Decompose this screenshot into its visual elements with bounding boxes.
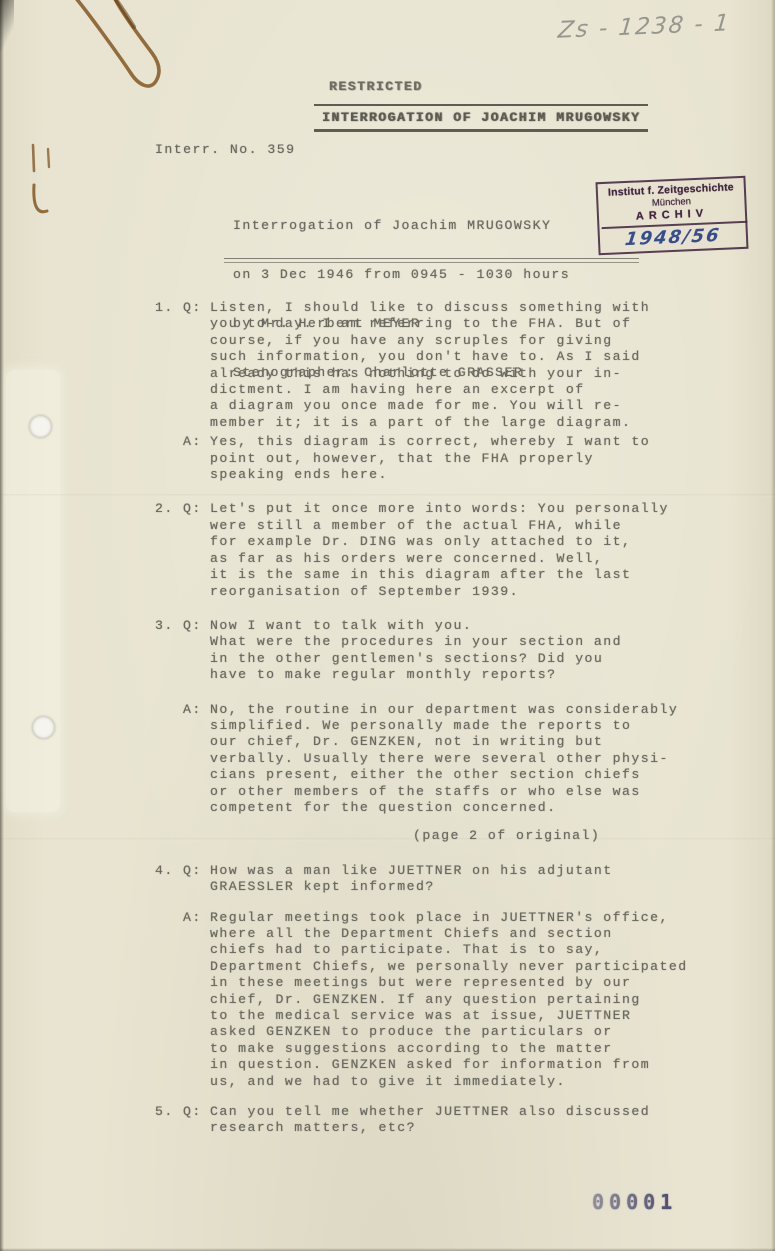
qa-number: 3. bbox=[155, 618, 183, 684]
qa-line: to make suggestions according to the mat… bbox=[210, 1041, 715, 1057]
qa-text: How was a man like JUETTNER on his adjut… bbox=[210, 863, 715, 896]
qa-line: Now I want to talk with you. bbox=[210, 618, 715, 634]
qa-line: chiefs had to participate. That is to sa… bbox=[210, 942, 715, 958]
qa-line: What were the procedures in your section… bbox=[210, 634, 715, 650]
qa-number: 1. bbox=[155, 300, 183, 431]
qa-speaker: Q: bbox=[183, 300, 210, 431]
qa-speaker: Q: bbox=[183, 501, 210, 599]
qa-line: Can you tell me whether JUETTNER also di… bbox=[210, 1104, 715, 1120]
page-number-stamp: 00001 bbox=[592, 1190, 677, 1214]
handwritten-archive-reference: Zs - 1238 - 1 bbox=[557, 10, 732, 44]
qa-line: GRAESSLER kept informed? bbox=[210, 879, 715, 895]
details-line: on 3 Dec 1946 from 0945 - 1030 hours bbox=[233, 267, 570, 283]
qa-text: Now I want to talk with you.What were th… bbox=[210, 618, 715, 684]
qa-line: member it; it is a part of the large dia… bbox=[210, 415, 715, 431]
qa-text: Listen, I should like to discuss somethi… bbox=[210, 300, 715, 431]
header-divider-rule bbox=[224, 258, 639, 263]
qa-speaker: A: bbox=[183, 702, 210, 817]
qa-speaker: Q: bbox=[183, 618, 210, 684]
qa-block: 1.Q:Listen, I should like to discuss som… bbox=[155, 300, 715, 431]
qa-line: asked GENZKEN to produce the particulars… bbox=[210, 1024, 715, 1040]
qa-line: reorganisation of September 1939. bbox=[210, 584, 715, 600]
qa-speaker: Q: bbox=[183, 1104, 210, 1137]
qa-line: course, if you have any scruples for giv… bbox=[210, 333, 715, 349]
qa-line: where all the Department Chiefs and sect… bbox=[210, 926, 715, 942]
qa-line: chief, Dr. GENZKEN. If any question pert… bbox=[210, 992, 715, 1008]
qa-line: in these meetings but were represented b… bbox=[210, 975, 715, 991]
scan-edge-left bbox=[0, 0, 4, 1251]
paperclip-rust-mark-small-icon bbox=[29, 139, 57, 221]
qa-line: Regular meetings took place in JUETTNER'… bbox=[210, 910, 715, 926]
qa-number bbox=[155, 702, 183, 817]
qa-line: point out, however, that the FHA properl… bbox=[210, 451, 715, 467]
qa-line: research matters, etc? bbox=[210, 1120, 715, 1136]
qa-line: Let's put it once more into words: You p… bbox=[210, 501, 715, 517]
qa-block: 3.Q:Now I want to talk with you.What wer… bbox=[155, 618, 715, 684]
qa-block: A:No, the routine in our department was … bbox=[155, 702, 715, 817]
qa-line: as far as his orders were concerned. Wel… bbox=[210, 551, 715, 567]
qa-text: Regular meetings took place in JUETTNER'… bbox=[210, 910, 715, 1090]
details-line: Interrogation of Joachim MRUGOWSKY bbox=[233, 218, 570, 234]
archive-stamp: Institut f. Zeitgeschichte München ARCHI… bbox=[595, 176, 748, 255]
qa-line: in question. GENZKEN asked for informati… bbox=[210, 1057, 715, 1073]
page-note: (page 2 of original) bbox=[413, 828, 715, 844]
stamp-handwritten-number: 1948/56 bbox=[598, 221, 747, 254]
qa-block: 4.Q:How was a man like JUETTNER on his a… bbox=[155, 863, 715, 896]
qa-number: 4. bbox=[155, 863, 183, 896]
classification-marking: RESTRICTED bbox=[329, 79, 423, 95]
paperclip-rust-mark-icon bbox=[70, 0, 180, 102]
qa-line: such information, you don't have to. As … bbox=[210, 349, 715, 365]
qa-block: A:Yes, this diagram is correct, whereby … bbox=[155, 434, 715, 483]
interrogation-number: Interr. No. 359 bbox=[155, 142, 295, 158]
qa-line: Yes, this diagram is correct, whereby I … bbox=[210, 434, 715, 450]
qa-speaker: Q: bbox=[183, 863, 210, 896]
scan-corner-top-left bbox=[0, 0, 14, 52]
qa-line: Listen, I should like to discuss somethi… bbox=[210, 300, 715, 316]
qa-number bbox=[155, 434, 183, 483]
qa-text: No, the routine in our department was co… bbox=[210, 702, 715, 817]
qa-line: already this has nothing to do with your… bbox=[210, 366, 715, 382]
qa-number: 2. bbox=[155, 501, 183, 599]
qa-block: 2.Q:Let's put it once more into words: Y… bbox=[155, 501, 715, 599]
qa-line: speaking ends here. bbox=[210, 467, 715, 483]
qa-line: cians present, either the other section … bbox=[210, 767, 715, 783]
qa-text: Can you tell me whether JUETTNER also di… bbox=[210, 1104, 715, 1137]
punch-hole-top bbox=[29, 415, 52, 438]
document-title: INTERROGATION OF JOACHIM MRUGOWSKY bbox=[314, 104, 648, 132]
qa-line: us, and we had to give it immediately. bbox=[210, 1074, 715, 1090]
qa-line: our chief, Dr. GENZKEN, not in writing b… bbox=[210, 734, 715, 750]
qa-line: No, the routine in our department was co… bbox=[210, 702, 715, 718]
qa-speaker: A: bbox=[183, 910, 210, 1090]
qa-line: Department Chiefs, we personally never p… bbox=[210, 959, 715, 975]
qa-line: a diagram you once made for me. You will… bbox=[210, 398, 715, 414]
qa-block: A:Regular meetings took place in JUETTNE… bbox=[155, 910, 715, 1090]
qa-speaker: A: bbox=[183, 434, 210, 483]
qa-number: 5. bbox=[155, 1104, 183, 1137]
qa-line: dictment. I am having here an excerpt of bbox=[210, 382, 715, 398]
qa-line: it is the same in this diagram after the… bbox=[210, 567, 715, 583]
punch-hole-bottom bbox=[32, 716, 55, 739]
qa-line: in the other gentlemen's sections? Did y… bbox=[210, 651, 715, 667]
scan-edge-right bbox=[771, 0, 775, 1251]
qa-block: 5.Q:Can you tell me whether JUETTNER als… bbox=[155, 1104, 715, 1137]
qa-line: for example Dr. DING was only attached t… bbox=[210, 534, 715, 550]
qa-line: you to-day. I am referring to the FHA. B… bbox=[210, 316, 715, 332]
qa-text: Yes, this diagram is correct, whereby I … bbox=[210, 434, 715, 483]
qa-line: have to make regular monthly reports? bbox=[210, 667, 715, 683]
paper-reinforcement-strip bbox=[6, 370, 60, 812]
qa-line: competent for the question concerned. bbox=[210, 800, 715, 816]
qa-text: Let's put it once more into words: You p… bbox=[210, 501, 715, 599]
qa-line: or other members of the staffs or who el… bbox=[210, 784, 715, 800]
qa-line: were still a member of the actual FHA, w… bbox=[210, 518, 715, 534]
qa-list: 1.Q:Listen, I should like to discuss som… bbox=[155, 300, 715, 1137]
qa-number bbox=[155, 910, 183, 1090]
qa-line: simplified. We personally made the repor… bbox=[210, 718, 715, 734]
qa-line: to the medical service was at issue, JUE… bbox=[210, 1008, 715, 1024]
qa-line: How was a man like JUETTNER on his adjut… bbox=[210, 863, 715, 879]
qa-line: verbally. Usually there were several oth… bbox=[210, 751, 715, 767]
scanned-document-page: Zs - 1238 - 1 RESTRICTED INTERROGATION O… bbox=[0, 0, 775, 1251]
